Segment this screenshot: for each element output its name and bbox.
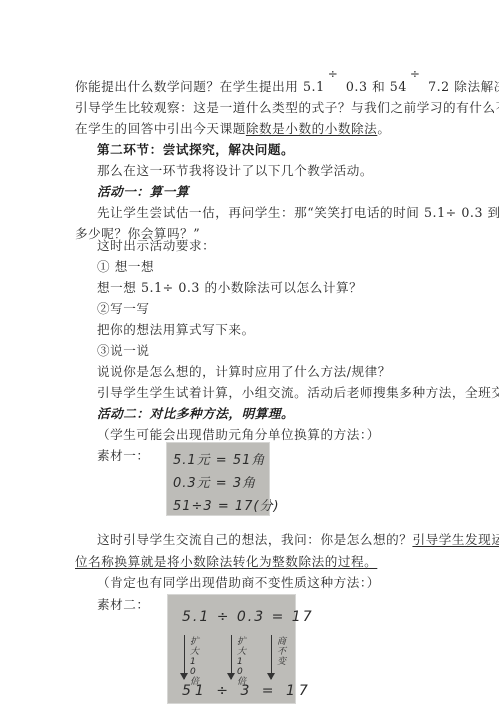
requirements-label: 这时出示活动要求：: [97, 238, 215, 254]
arrow-down-icon: [271, 635, 272, 679]
key-point: 引导学生发现运用单: [412, 532, 499, 547]
paragraph-question-line-3: 在学生的回答中引出今天课题除数是小数的小数除法。: [75, 121, 390, 137]
step-2-title: ②写一写: [97, 301, 150, 317]
arrow-down-icon: [184, 635, 185, 679]
note-quotient-invariance: （肯定也有同学出现借助商不变性质这种方法：）: [97, 575, 380, 591]
material-1-label: 素材一：: [97, 448, 150, 464]
text: 这时引导学生交流自己的想法，我问：你是怎么想的？: [97, 532, 412, 547]
section-intro: 那么在这一环节我将设计了以下几个教学活动。: [97, 163, 373, 179]
material-1-handwritten-photo: 5.1元 = 51角 0.3元 = 3角 51÷3 = 17(分): [166, 442, 270, 516]
text: 。: [377, 121, 390, 136]
step-3-text: 说说你是怎么想的，计算时应用了什么方法/规律？: [97, 364, 391, 380]
text: 7.2 除法解决问题时，: [424, 79, 499, 94]
section-heading: 第二环节：尝试探究，解决问题。: [97, 142, 294, 158]
discussion-line-1: 这时引导学生交流自己的想法，我问：你是怎么想的？引导学生发现运用单: [97, 532, 499, 548]
activity-2-title: 活动二：对比多种方法，明算理。: [97, 406, 294, 422]
division-symbol: ÷: [325, 67, 342, 81]
activity-1-title: 活动一：算一算: [97, 184, 189, 200]
arrow-down-icon: [231, 635, 232, 679]
activity-1-text-line-1: 先让学生尝试估一估，再问学生：那“笑笑打电话的时间 5.1÷ 0.3 到底是: [97, 205, 499, 221]
note-unit-conversion: （学生可能会出现借助元角分单位换算的方法：）: [97, 427, 380, 443]
step-3-title: ③说一说: [97, 343, 150, 359]
handwriting-note: 扩大10倍: [237, 637, 247, 687]
handwriting-row: 0.3元 = 3角: [173, 472, 256, 491]
handwriting-note: 扩大10倍: [190, 637, 200, 687]
text: 0.3 和 54: [341, 79, 407, 94]
handwriting-equation-top: 5.1 ÷ 0.3 = 17: [182, 609, 314, 625]
division-symbol: ÷: [407, 67, 424, 81]
text: 在学生的回答中引出今天课题: [75, 121, 246, 136]
lesson-topic: 除数是小数的小数除法: [246, 121, 377, 136]
paragraph-question-line-1: 你能提出什么数学问题？在学生提出用 5.1÷ 0.3 和 54÷ 7.2 除法解…: [75, 79, 499, 95]
text: 你能提出什么数学问题？在学生提出用 5.1: [75, 79, 325, 94]
step-2-text: 把你的想法用算式写下来。: [97, 322, 255, 338]
material-2-handwritten-photo: 5.1 ÷ 0.3 = 17 扩大10倍 扩大10倍 商不变 51 ÷ 3 = …: [167, 594, 296, 704]
handwriting-row: 51÷3 = 17(分): [173, 495, 280, 514]
handwriting-equation-bottom: 51 ÷ 3 = 17: [182, 683, 312, 699]
material-2-label: 素材二：: [97, 597, 150, 613]
step-1-text: 想一想 5.1÷ 0.3 的小数除法可以怎么计算？: [97, 280, 362, 296]
discussion-line-2: 位名称换算就是将小数除法转化为整数除法的过程。: [75, 554, 377, 570]
handwriting-note: 商不变: [277, 637, 287, 667]
activity-1-summary: 引导学生学生试着计算，小组交流。活动后老师搜集多种方法，全班交流。: [97, 385, 499, 401]
step-1-title: ① 想一想: [97, 259, 154, 275]
handwriting-row: 5.1元 = 51角: [173, 449, 265, 468]
paragraph-question-line-2: 引导学生比较观察：这是一道什么类型的式子？与我们之前学习的有什么不同？: [75, 100, 499, 116]
